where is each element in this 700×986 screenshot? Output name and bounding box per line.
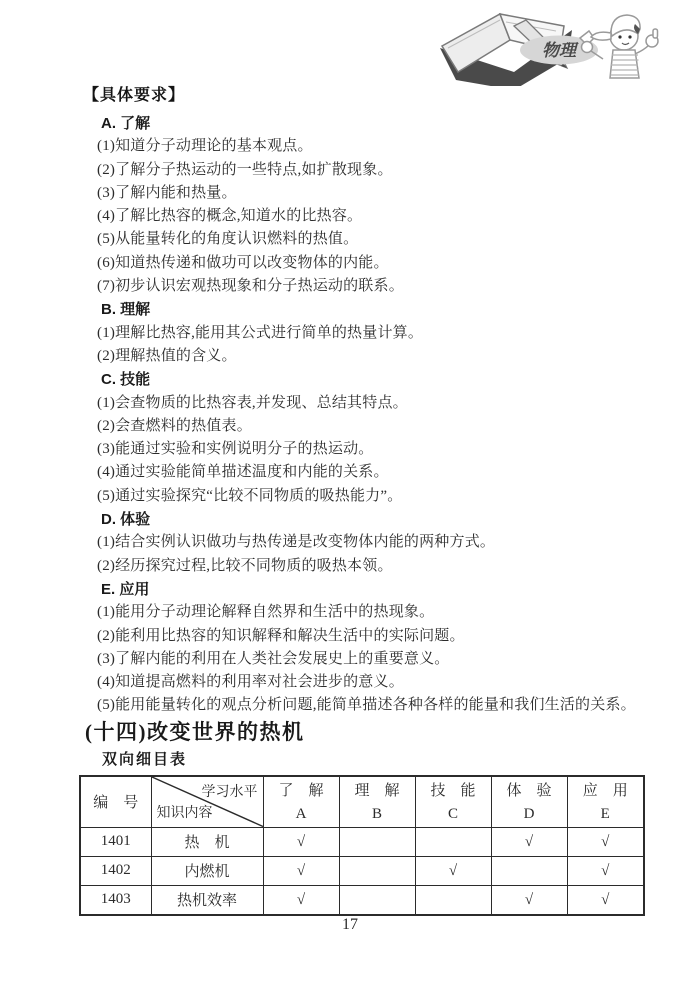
requirements-block: 【具体要求】 A. 了解 (1)知道分子动理论的基本观点。 (2)了解分子热运动… (83, 84, 649, 718)
table-caption: 双向细目表 (102, 748, 187, 769)
level-heading-c: C. 技能 (83, 368, 649, 391)
mark-cell (415, 827, 491, 856)
row-content: 内燃机 (151, 856, 263, 885)
requirements-title: 【具体要求】 (83, 84, 649, 108)
table-row: 1403 热机效率 √ √ √ (80, 885, 644, 915)
requirement-item: (2)经历探究过程,比较不同物质的吸热本领。 (83, 555, 649, 578)
requirement-item: (6)知道热传递和做功可以改变物体的内能。 (83, 252, 649, 275)
requirement-item: (1)会查物质的比热容表,并发现、总结其特点。 (83, 392, 649, 415)
level-heading-d: D. 体验 (83, 508, 649, 531)
mark-cell: √ (567, 827, 644, 856)
page-number: 17 (0, 916, 700, 934)
row-id: 1401 (80, 827, 151, 856)
header-illustration-svg: 物理 (430, 0, 670, 86)
requirement-item: (5)从能量转化的角度认识燃料的热值。 (83, 228, 649, 251)
corner-header-cell: 学习水平 知识内容 (151, 776, 263, 827)
requirement-item: (5)能用能量转化的观点分析问题,能简单描述各种各样的能量和我们生活的关系。 (83, 694, 649, 717)
requirement-item: (3)了解内能的利用在人类社会发展史上的重要意义。 (83, 648, 649, 671)
requirement-item: (1)结合实例认识做功与热传递是改变物体内能的两种方式。 (83, 531, 649, 554)
student-character-icon (580, 15, 658, 78)
requirement-item: (2)理解热值的含义。 (83, 345, 649, 368)
column-header-experience-d: 体 验 D (491, 776, 567, 827)
row-id: 1403 (80, 885, 151, 915)
mark-cell: √ (263, 827, 339, 856)
column-header-skill-c: 技 能 C (415, 776, 491, 827)
corner-label-learning-level: 学习水平 (202, 781, 258, 801)
mark-cell: √ (491, 827, 567, 856)
column-header-understand-a: 了 解 A (263, 776, 339, 827)
requirement-item: (2)会查燃料的热值表。 (83, 415, 649, 438)
column-header-comprehend-b: 理 解 B (339, 776, 415, 827)
level-heading-a: A. 了解 (83, 112, 649, 135)
mark-cell (491, 856, 567, 885)
requirement-item: (5)通过实验探究“比较不同物质的吸热能力”。 (83, 485, 649, 508)
level-heading-e: E. 应用 (83, 578, 649, 601)
spec-table: 编 号 学习水平 知识内容 了 解 A 理 解 B 技 能 (79, 775, 645, 916)
requirement-item: (4)知道提高燃料的利用率对社会进步的意义。 (83, 671, 649, 694)
table-header-row: 编 号 学习水平 知识内容 了 解 A 理 解 B 技 能 (80, 776, 644, 827)
mark-cell: √ (567, 885, 644, 915)
mark-cell: √ (263, 856, 339, 885)
column-header-apply-e: 应 用 E (567, 776, 644, 827)
mark-cell: √ (263, 885, 339, 915)
corner-label-knowledge-content: 知识内容 (157, 802, 213, 822)
level-heading-b: B. 理解 (83, 298, 649, 321)
header-illustration: 物理 (430, 0, 670, 86)
subject-badge-text: 物理 (542, 41, 579, 60)
mark-cell: √ (567, 856, 644, 885)
mark-cell: √ (415, 856, 491, 885)
table-row: 1402 内燃机 √ √ √ (80, 856, 644, 885)
requirement-item: (2)能利用比热容的知识解释和解决生活中的实际问题。 (83, 625, 649, 648)
requirement-item: (4)通过实验能简单描述温度和内能的关系。 (83, 461, 649, 484)
requirement-item: (2)了解分子热运动的一些特点,如扩散现象。 (83, 159, 649, 182)
requirement-item: (1)理解比热容,能用其公式进行简单的热量计算。 (83, 322, 649, 345)
row-id: 1402 (80, 856, 151, 885)
document-page: 物理 【具体要求】 A. (0, 0, 700, 986)
requirement-item: (3)能通过实验和实例说明分子的热运动。 (83, 438, 649, 461)
requirement-item: (3)了解内能和热量。 (83, 182, 649, 205)
mark-cell: √ (491, 885, 567, 915)
requirement-item: (1)知道分子动理论的基本观点。 (83, 135, 649, 158)
requirement-item: (7)初步认识宏观热现象和分子热运动的联系。 (83, 275, 649, 298)
mark-cell (339, 885, 415, 915)
row-content: 热 机 (151, 827, 263, 856)
mark-cell (339, 856, 415, 885)
chapter-title: (十四)改变世界的热机 (85, 716, 305, 746)
mark-cell (415, 885, 491, 915)
table-row: 1401 热 机 √ √ √ (80, 827, 644, 856)
mark-cell (339, 827, 415, 856)
row-content: 热机效率 (151, 885, 263, 915)
requirement-item: (1)能用分子动理论解释自然界和生活中的热现象。 (83, 601, 649, 624)
requirement-item: (4)了解比热容的概念,知道水的比热容。 (83, 205, 649, 228)
id-column-header: 编 号 (80, 776, 151, 827)
